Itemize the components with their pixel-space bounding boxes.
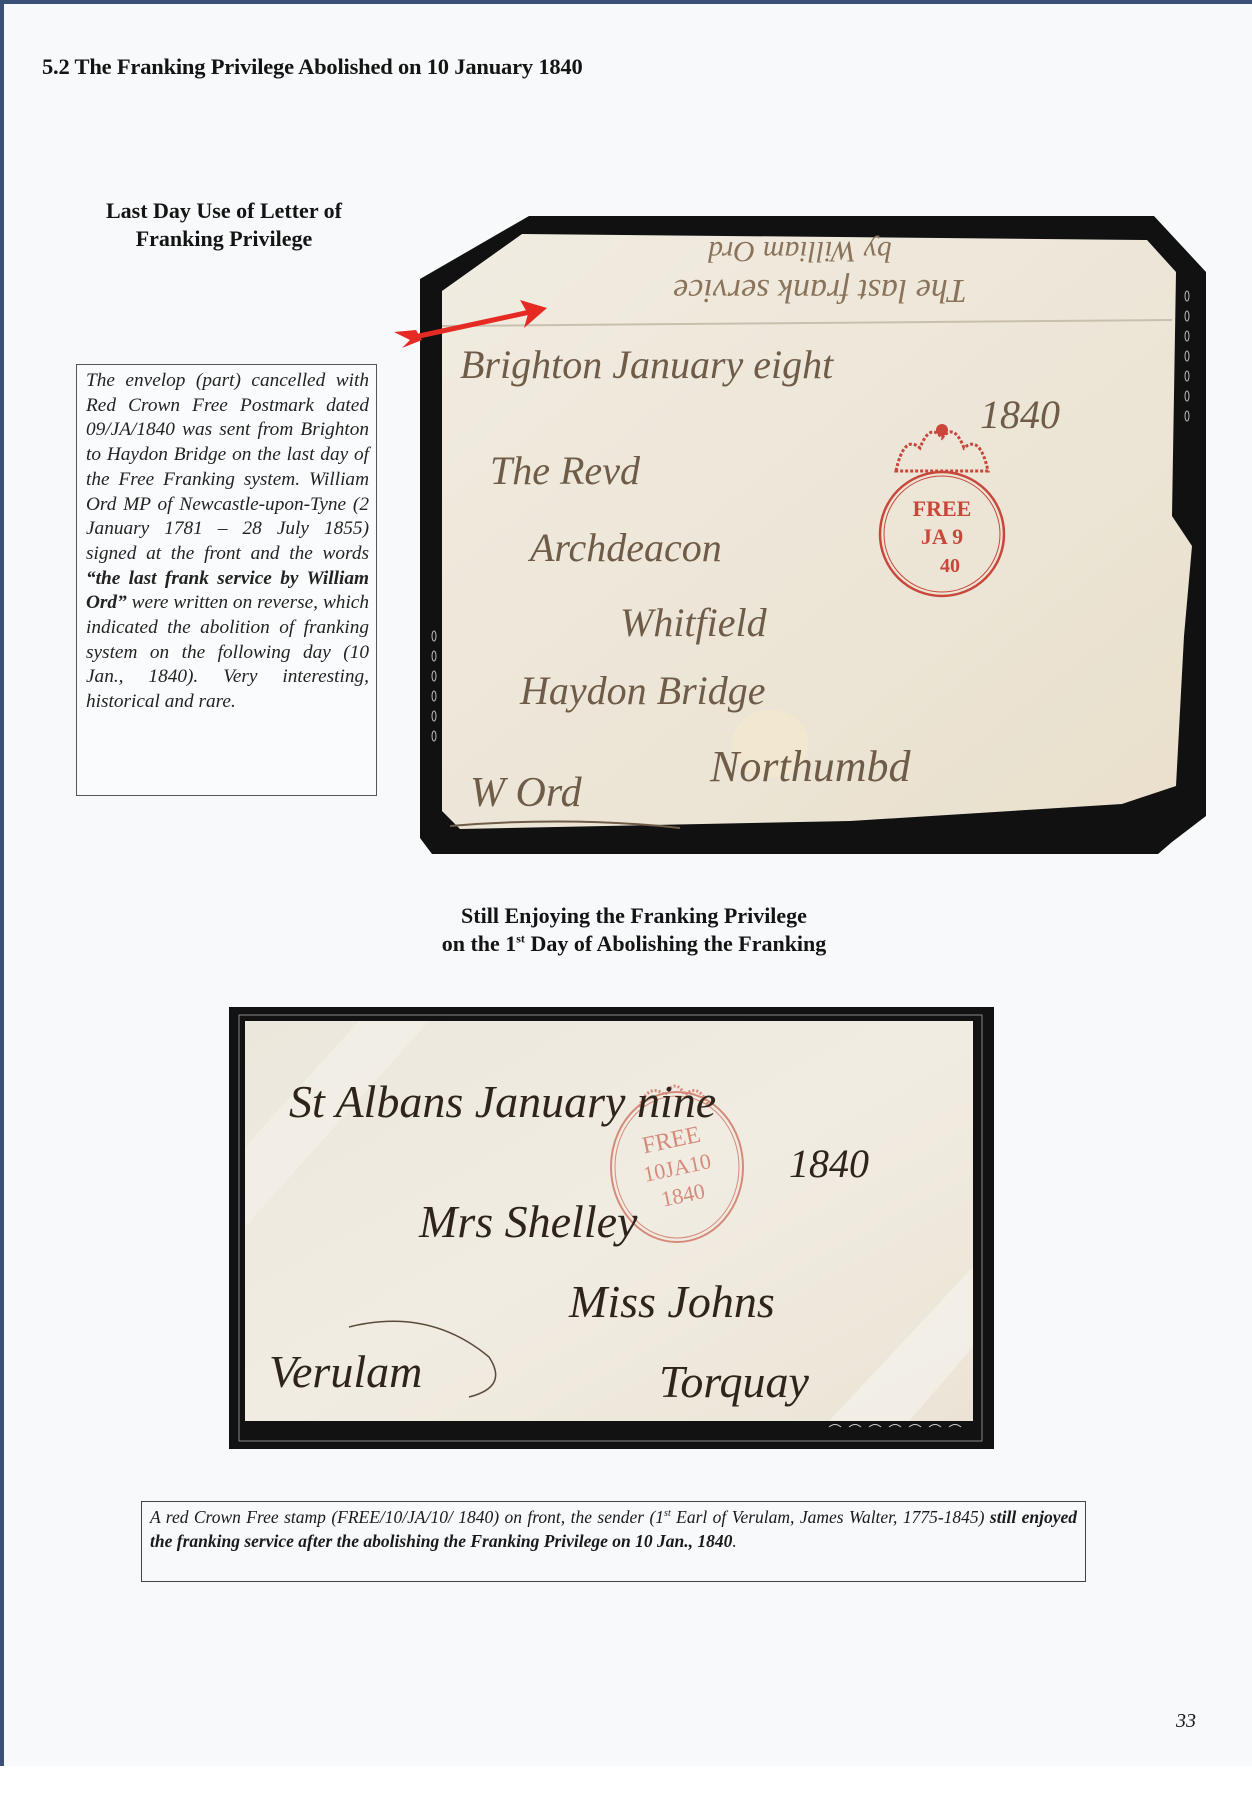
- svg-text:1840: 1840: [980, 392, 1060, 437]
- svg-text:Miss Johns: Miss Johns: [568, 1276, 775, 1327]
- svg-text:JA 9: JA 9: [921, 524, 963, 549]
- section2-heading: Still Enjoying the Franking Privilege on…: [399, 902, 869, 958]
- section1-heading-line1: Last Day Use of Letter of: [74, 197, 374, 225]
- album-page: 5.2 The Franking Privilege Abolished on …: [0, 0, 1252, 1766]
- svg-text:Northumbd: Northumbd: [709, 742, 911, 791]
- svg-text:by William Ord: by William Ord: [707, 235, 892, 268]
- section2-caption-box: A red Crown Free stamp (FREE/10/JA/10/ 1…: [141, 1501, 1086, 1582]
- section2-heading-line2: on the 1st Day of Abolishing the Frankin…: [399, 930, 869, 958]
- svg-text:40: 40: [940, 555, 960, 577]
- svg-text:Haydon Bridge: Haydon Bridge: [519, 668, 766, 713]
- page-number: 33: [1176, 1710, 1196, 1733]
- page-title: 5.2 The Franking Privilege Abolished on …: [42, 54, 583, 80]
- svg-text:Archdeacon: Archdeacon: [527, 525, 722, 570]
- red-arrow-pointer: [392, 300, 552, 352]
- description-text: The envelop (part) cancelled with Red Cr…: [86, 370, 369, 564]
- section1-heading-line2: Franking Privilege: [74, 225, 374, 253]
- svg-text:FREE: FREE: [913, 496, 972, 521]
- svg-text:The last frank service: The last frank service: [673, 272, 967, 309]
- svg-text:The Revd: The Revd: [490, 448, 641, 493]
- svg-text:Whitfield: Whitfield: [620, 600, 768, 645]
- svg-text:W Ord: W Ord: [470, 770, 583, 816]
- description-text-end: were written on reverse, which indicated…: [86, 592, 369, 712]
- svg-text:Mrs Shelley: Mrs Shelley: [418, 1196, 638, 1247]
- svg-text:St Albans January nine: St Albans January nine: [289, 1076, 716, 1127]
- section1-heading: Last Day Use of Letter of Franking Privi…: [74, 197, 374, 253]
- svg-text:Torquay: Torquay: [659, 1356, 810, 1407]
- section1-description-box: The envelop (part) cancelled with Red Cr…: [76, 364, 377, 796]
- svg-text:1840: 1840: [789, 1141, 869, 1186]
- section2-heading-line1: Still Enjoying the Franking Privilege: [399, 902, 869, 930]
- cover-first-day-after-abolition: FREE 10JA10 1840 St Albans January nine …: [229, 1007, 994, 1449]
- svg-text:Verulam: Verulam: [269, 1346, 422, 1397]
